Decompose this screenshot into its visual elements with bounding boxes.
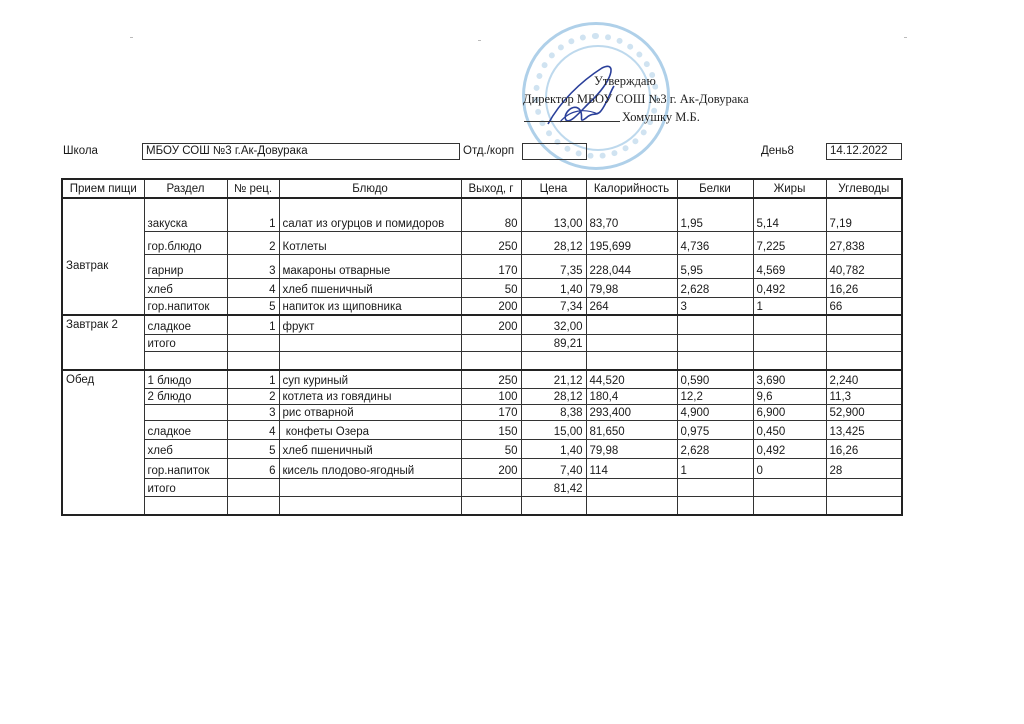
carbs-cell: 13,425 <box>826 420 902 439</box>
recipe-number-cell: 5 <box>227 439 279 458</box>
fat-cell <box>753 315 826 334</box>
calories-cell: 83,70 <box>586 198 677 231</box>
calories-cell <box>586 478 677 496</box>
protein-cell: 2,628 <box>677 278 753 297</box>
school-field[interactable]: МБОУ СОШ №3 г.Ак-Довурака <box>142 143 460 160</box>
dish-cell: хлеб пшеничный <box>279 439 461 458</box>
table-row: гор.напиток6кисель плодово-ягодный2007,4… <box>62 458 902 478</box>
menu-table: Прием пищи Раздел № рец. Блюдо Выход, г … <box>61 178 903 516</box>
carbs-cell <box>826 496 902 515</box>
dish-cell <box>279 478 461 496</box>
dish-cell: хлеб пшеничный <box>279 278 461 297</box>
protein-cell: 5,95 <box>677 254 753 278</box>
calories-cell: 79,98 <box>586 439 677 458</box>
calories-cell: 264 <box>586 297 677 315</box>
protein-cell: 2,628 <box>677 439 753 458</box>
scan-speck <box>130 37 133 38</box>
meal-cell: Завтрак 2 <box>62 315 144 370</box>
col-header-yield: Выход, г <box>461 179 521 198</box>
section-cell: закуска <box>144 198 227 231</box>
dish-cell: напиток из щиповника <box>279 297 461 315</box>
yield-cell: 200 <box>461 297 521 315</box>
yield-cell: 50 <box>461 278 521 297</box>
price-cell: 7,35 <box>521 254 586 278</box>
recipe-number-cell <box>227 496 279 515</box>
dish-cell <box>279 351 461 370</box>
carbs-cell: 16,26 <box>826 439 902 458</box>
protein-cell: 4,900 <box>677 404 753 420</box>
fat-cell: 9,6 <box>753 388 826 404</box>
carbs-cell: 28 <box>826 458 902 478</box>
section-cell: 1 блюдо <box>144 370 227 388</box>
yield-cell <box>461 351 521 370</box>
section-cell: гор.напиток <box>144 458 227 478</box>
section-cell: итого <box>144 478 227 496</box>
col-header-section: Раздел <box>144 179 227 198</box>
protein-cell: 1,95 <box>677 198 753 231</box>
fat-cell: 1 <box>753 297 826 315</box>
section-cell: хлеб <box>144 278 227 297</box>
table-row: Обед1 блюдо1суп куриный25021,1244,5200,5… <box>62 370 902 388</box>
fat-cell: 5,14 <box>753 198 826 231</box>
protein-cell <box>677 478 753 496</box>
price-cell <box>521 351 586 370</box>
dish-cell: кисель плодово-ягодный <box>279 458 461 478</box>
recipe-number-cell: 4 <box>227 278 279 297</box>
yield-cell <box>461 496 521 515</box>
protein-cell: 4,736 <box>677 231 753 254</box>
fat-cell: 4,569 <box>753 254 826 278</box>
price-cell: 1,40 <box>521 278 586 297</box>
dish-cell: суп куриный <box>279 370 461 388</box>
recipe-number-cell <box>227 334 279 351</box>
protein-cell <box>677 351 753 370</box>
yield-cell: 80 <box>461 198 521 231</box>
section-cell: гарнир <box>144 254 227 278</box>
carbs-cell: 27,838 <box>826 231 902 254</box>
recipe-number-cell <box>227 478 279 496</box>
recipe-number-cell <box>227 351 279 370</box>
dish-cell: рис отварной <box>279 404 461 420</box>
protein-cell: 1 <box>677 458 753 478</box>
table-row: гарнир3макароны отварные1707,35228,0445,… <box>62 254 902 278</box>
price-cell: 7,34 <box>521 297 586 315</box>
yield-cell <box>461 478 521 496</box>
section-cell: гор.напиток <box>144 297 227 315</box>
carbs-cell <box>826 315 902 334</box>
carbs-cell <box>826 351 902 370</box>
protein-cell: 0,590 <box>677 370 753 388</box>
calories-cell <box>586 496 677 515</box>
dish-cell: салат из огурцов и помидоров <box>279 198 461 231</box>
table-row: гор.напиток5напиток из щиповника2007,342… <box>62 297 902 315</box>
carbs-cell <box>826 334 902 351</box>
col-header-meal: Прием пищи <box>62 179 144 198</box>
carbs-cell: 7,19 <box>826 198 902 231</box>
yield-cell: 170 <box>461 254 521 278</box>
yield-cell: 250 <box>461 231 521 254</box>
fat-cell <box>753 334 826 351</box>
recipe-number-cell: 3 <box>227 254 279 278</box>
dish-cell <box>279 334 461 351</box>
fat-cell <box>753 351 826 370</box>
fat-cell <box>753 478 826 496</box>
section-cell <box>144 351 227 370</box>
recipe-number-cell: 3 <box>227 404 279 420</box>
price-cell <box>521 496 586 515</box>
price-cell: 89,21 <box>521 334 586 351</box>
dish-cell: конфеты Озера <box>279 420 461 439</box>
dept-field[interactable] <box>522 143 587 160</box>
fat-cell: 0,492 <box>753 439 826 458</box>
fat-cell: 0,492 <box>753 278 826 297</box>
yield-cell: 200 <box>461 315 521 334</box>
signature-line <box>524 121 620 122</box>
price-cell: 28,12 <box>521 388 586 404</box>
table-row: Завтрак 2сладкое1фрукт20032,00 <box>62 315 902 334</box>
table-row: гор.блюдо2Котлеты25028,12195,6994,7367,2… <box>62 231 902 254</box>
section-cell: сладкое <box>144 420 227 439</box>
price-cell: 15,00 <box>521 420 586 439</box>
fat-cell <box>753 496 826 515</box>
dish-cell <box>279 496 461 515</box>
table-row: хлеб5хлеб пшеничный501,4079,982,6280,492… <box>62 439 902 458</box>
table-row: хлеб4хлеб пшеничный501,4079,982,6280,492… <box>62 278 902 297</box>
col-header-price: Цена <box>521 179 586 198</box>
recipe-number-cell: 5 <box>227 297 279 315</box>
carbs-cell: 52,900 <box>826 404 902 420</box>
table-row: итого81,42 <box>62 478 902 496</box>
protein-cell: 0,975 <box>677 420 753 439</box>
table-row: 2 блюдо2котлета из говядины10028,12180,4… <box>62 388 902 404</box>
fat-cell: 0,450 <box>753 420 826 439</box>
calories-cell: 44,520 <box>586 370 677 388</box>
price-cell: 1,40 <box>521 439 586 458</box>
col-header-dish: Блюдо <box>279 179 461 198</box>
date-field[interactable]: 14.12.2022 <box>826 143 902 160</box>
calories-cell: 195,699 <box>586 231 677 254</box>
recipe-number-cell: 1 <box>227 315 279 334</box>
yield-cell: 50 <box>461 439 521 458</box>
dept-label: Отд./корп <box>463 145 514 157</box>
section-cell <box>144 496 227 515</box>
dish-cell: Котлеты <box>279 231 461 254</box>
table-row: Завтракзакуска1салат из огурцов и помидо… <box>62 198 902 231</box>
price-cell: 13,00 <box>521 198 586 231</box>
protein-cell <box>677 315 753 334</box>
dish-cell: фрукт <box>279 315 461 334</box>
col-header-kcal: Калорийность <box>586 179 677 198</box>
school-label: Школа <box>63 145 98 157</box>
fat-cell: 7,225 <box>753 231 826 254</box>
section-cell: гор.блюдо <box>144 231 227 254</box>
fat-cell: 0 <box>753 458 826 478</box>
section-cell: сладкое <box>144 315 227 334</box>
meal-cell: Завтрак <box>62 198 144 315</box>
carbs-cell: 11,3 <box>826 388 902 404</box>
price-cell: 32,00 <box>521 315 586 334</box>
col-header-fat: Жиры <box>753 179 826 198</box>
recipe-number-cell: 1 <box>227 198 279 231</box>
yield-cell: 250 <box>461 370 521 388</box>
carbs-cell: 66 <box>826 297 902 315</box>
table-row: итого89,21 <box>62 334 902 351</box>
protein-cell: 3 <box>677 297 753 315</box>
price-cell: 8,38 <box>521 404 586 420</box>
table-row: 3рис отварной1708,38293,4004,9006,90052,… <box>62 404 902 420</box>
table-row: сладкое4 конфеты Озера15015,0081,6500,97… <box>62 420 902 439</box>
protein-cell: 12,2 <box>677 388 753 404</box>
section-cell <box>144 404 227 420</box>
carbs-cell <box>826 478 902 496</box>
carbs-cell: 16,26 <box>826 278 902 297</box>
table-row <box>62 496 902 515</box>
dish-cell: котлета из говядины <box>279 388 461 404</box>
dish-cell: макароны отварные <box>279 254 461 278</box>
meal-cell: Обед <box>62 370 144 515</box>
yield-cell <box>461 334 521 351</box>
price-cell: 21,12 <box>521 370 586 388</box>
recipe-number-cell: 1 <box>227 370 279 388</box>
calories-cell: 228,044 <box>586 254 677 278</box>
recipe-number-cell: 6 <box>227 458 279 478</box>
fat-cell: 6,900 <box>753 404 826 420</box>
yield-cell: 170 <box>461 404 521 420</box>
protein-cell <box>677 496 753 515</box>
col-header-protein: Белки <box>677 179 753 198</box>
fat-cell: 3,690 <box>753 370 826 388</box>
approval-position: Директор МБОУ СОШ №3 г. Ак-Довурака <box>523 92 749 107</box>
section-cell: хлеб <box>144 439 227 458</box>
calories-cell <box>586 315 677 334</box>
calories-cell <box>586 334 677 351</box>
table-row <box>62 351 902 370</box>
scan-speck <box>904 37 907 38</box>
yield-cell: 200 <box>461 458 521 478</box>
approval-name: Хомушку М.Б. <box>622 110 700 125</box>
protein-cell <box>677 334 753 351</box>
calories-cell: 180,4 <box>586 388 677 404</box>
calories-cell: 81,650 <box>586 420 677 439</box>
price-cell: 81,42 <box>521 478 586 496</box>
col-header-carbs: Углеводы <box>826 179 902 198</box>
table-header-row: Прием пищи Раздел № рец. Блюдо Выход, г … <box>62 179 902 198</box>
scan-speck <box>478 40 481 41</box>
calories-cell <box>586 351 677 370</box>
recipe-number-cell: 2 <box>227 388 279 404</box>
day-label: День8 <box>761 145 794 157</box>
price-cell: 28,12 <box>521 231 586 254</box>
carbs-cell: 40,782 <box>826 254 902 278</box>
yield-cell: 150 <box>461 420 521 439</box>
yield-cell: 100 <box>461 388 521 404</box>
approval-title: Утверждаю <box>594 74 656 89</box>
calories-cell: 293,400 <box>586 404 677 420</box>
carbs-cell: 2,240 <box>826 370 902 388</box>
recipe-number-cell: 2 <box>227 231 279 254</box>
calories-cell: 114 <box>586 458 677 478</box>
price-cell: 7,40 <box>521 458 586 478</box>
col-header-recipe: № рец. <box>227 179 279 198</box>
recipe-number-cell: 4 <box>227 420 279 439</box>
section-cell: итого <box>144 334 227 351</box>
section-cell: 2 блюдо <box>144 388 227 404</box>
calories-cell: 79,98 <box>586 278 677 297</box>
